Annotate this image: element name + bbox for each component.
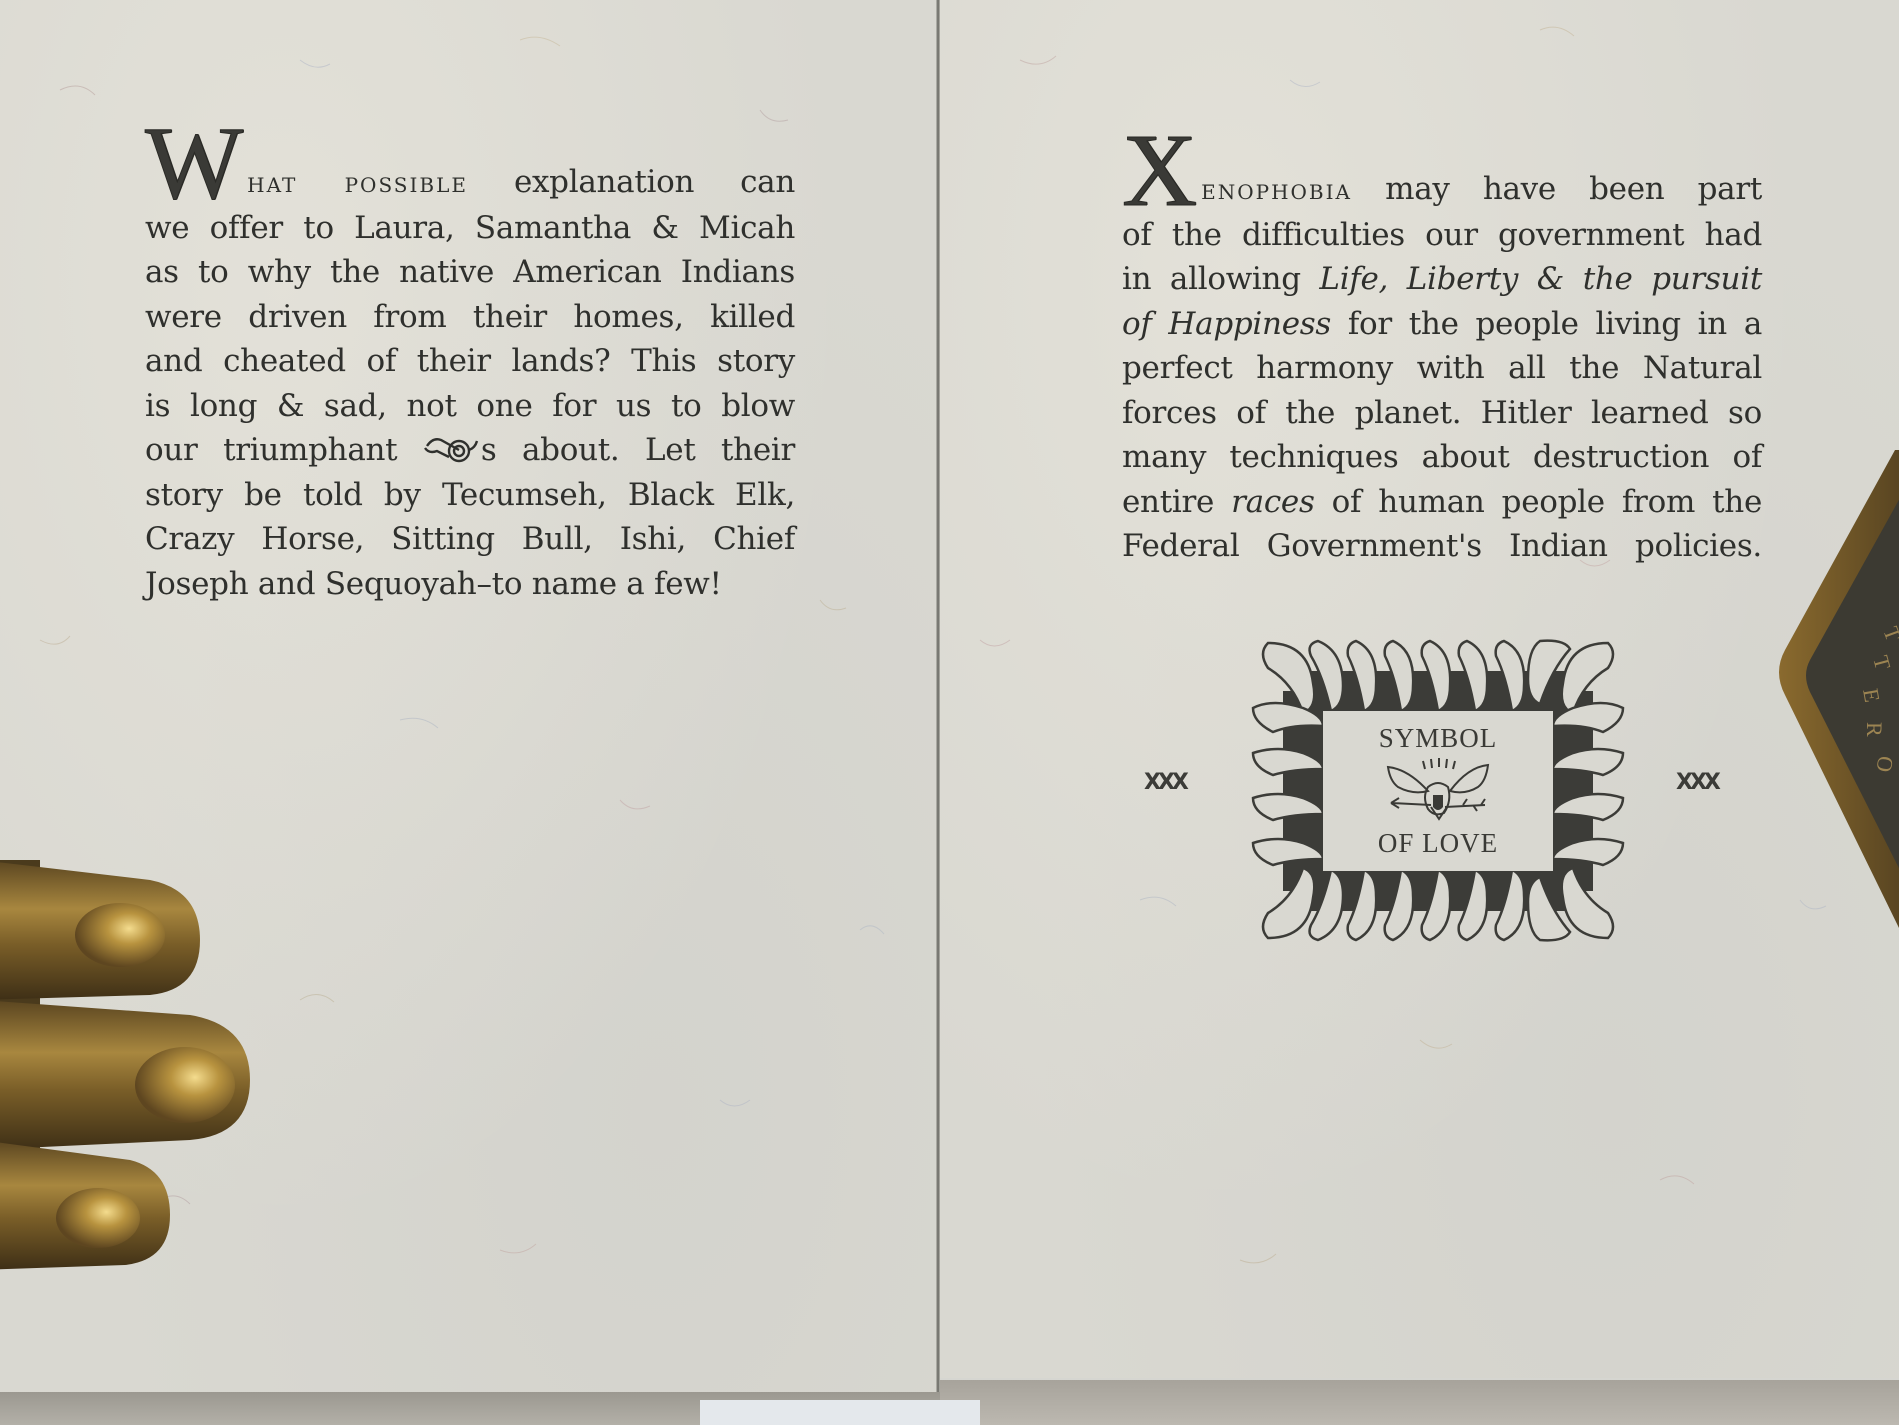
emblem-bottom-text: OF LOVE: [1248, 828, 1628, 859]
dropcap-x: X: [1122, 135, 1197, 207]
symbol-of-love-emblem: SYMBOL OF LOVE: [1248, 633, 1628, 948]
paragraph-line-7: our triumphant s about. Let their: [145, 428, 795, 473]
line-text: explanation can: [514, 164, 795, 200]
line-text: may have been part: [1385, 171, 1762, 207]
lead-small-caps: hat possible: [247, 166, 468, 199]
italic-text: Life, Liberty & the pursuit: [1319, 261, 1762, 297]
paragraph-line-2: of the difficulties our government had: [1122, 213, 1762, 258]
dropcap-w: W: [145, 128, 243, 200]
paragraph-line-9: Crazy Horse, Sitting Bull, Ishi, Chief: [145, 517, 795, 562]
paragraph-line-4: were driven from their homes, killed: [145, 295, 795, 340]
paragraph-line-1: What possible explanation can: [145, 128, 795, 206]
paragraph-line-9: Federal Government's Indian policies.: [1122, 524, 1762, 569]
paragraph-line-6: is long & sad, not one for us to blow: [145, 384, 795, 429]
book-bottom-edge: [0, 1372, 1899, 1425]
paragraph-line-3: in allowing Life, Liberty & the pursuit: [1122, 257, 1762, 302]
line-text: s about. Let their: [481, 432, 795, 468]
line-text: in allowing: [1122, 261, 1301, 297]
right-page-paragraph: Xenophobia may have been part of the dif…: [1122, 135, 1762, 569]
paragraph-line-8: entire races of human people from the: [1122, 480, 1762, 525]
italic-text: of Happiness: [1122, 306, 1331, 342]
paragraph-line-2: we offer to Laura, Samantha & Micah: [145, 206, 795, 251]
post-horn-icon: [423, 434, 481, 464]
paragraph-line-6: forces of the planet. Hitler learned so: [1122, 391, 1762, 436]
background-gap: [700, 1400, 980, 1425]
book-spread: What possible explanation can we offer t…: [0, 0, 1899, 1425]
svg-text:R: R: [1862, 722, 1887, 737]
xxx-ornament-right: XXX: [1676, 770, 1718, 795]
paragraph-line-4: of Happiness for the people living in a: [1122, 302, 1762, 347]
left-page: What possible explanation can we offer t…: [0, 0, 940, 1395]
line-text: our triumphant: [145, 432, 397, 468]
paragraph-line-7: many techniques about destruction of: [1122, 435, 1762, 480]
paragraph-line-1: Xenophobia may have been part: [1122, 135, 1762, 213]
bronze-medallion: T T E R O: [1775, 450, 1899, 930]
paragraph-line-8: story be told by Tecumseh, Black Elk,: [145, 473, 795, 518]
left-page-paragraph: What possible explanation can we offer t…: [145, 128, 795, 606]
emblem-top-text: SYMBOL: [1248, 723, 1628, 754]
paragraph-line-10: Joseph and Sequoyah–to name a few!: [145, 562, 795, 607]
italic-text: races: [1231, 484, 1314, 520]
lead-small-caps: enophobia: [1201, 173, 1352, 206]
xxx-ornament-left: XXX: [1144, 770, 1186, 795]
paragraph-line-5: perfect harmony with all the Natural: [1122, 346, 1762, 391]
line-text: for the people living in a: [1348, 306, 1762, 342]
paragraph-line-3: as to why the native American Indians: [145, 250, 795, 295]
line-text: of human people from the: [1332, 484, 1762, 520]
eagle-icon: [1383, 755, 1493, 830]
right-page-edge: [940, 1380, 1899, 1425]
bronze-hand: [0, 840, 280, 1280]
line-text: entire: [1122, 484, 1214, 520]
book-gutter: [936, 0, 940, 1395]
paragraph-line-5: and cheated of their lands? This story: [145, 339, 795, 384]
